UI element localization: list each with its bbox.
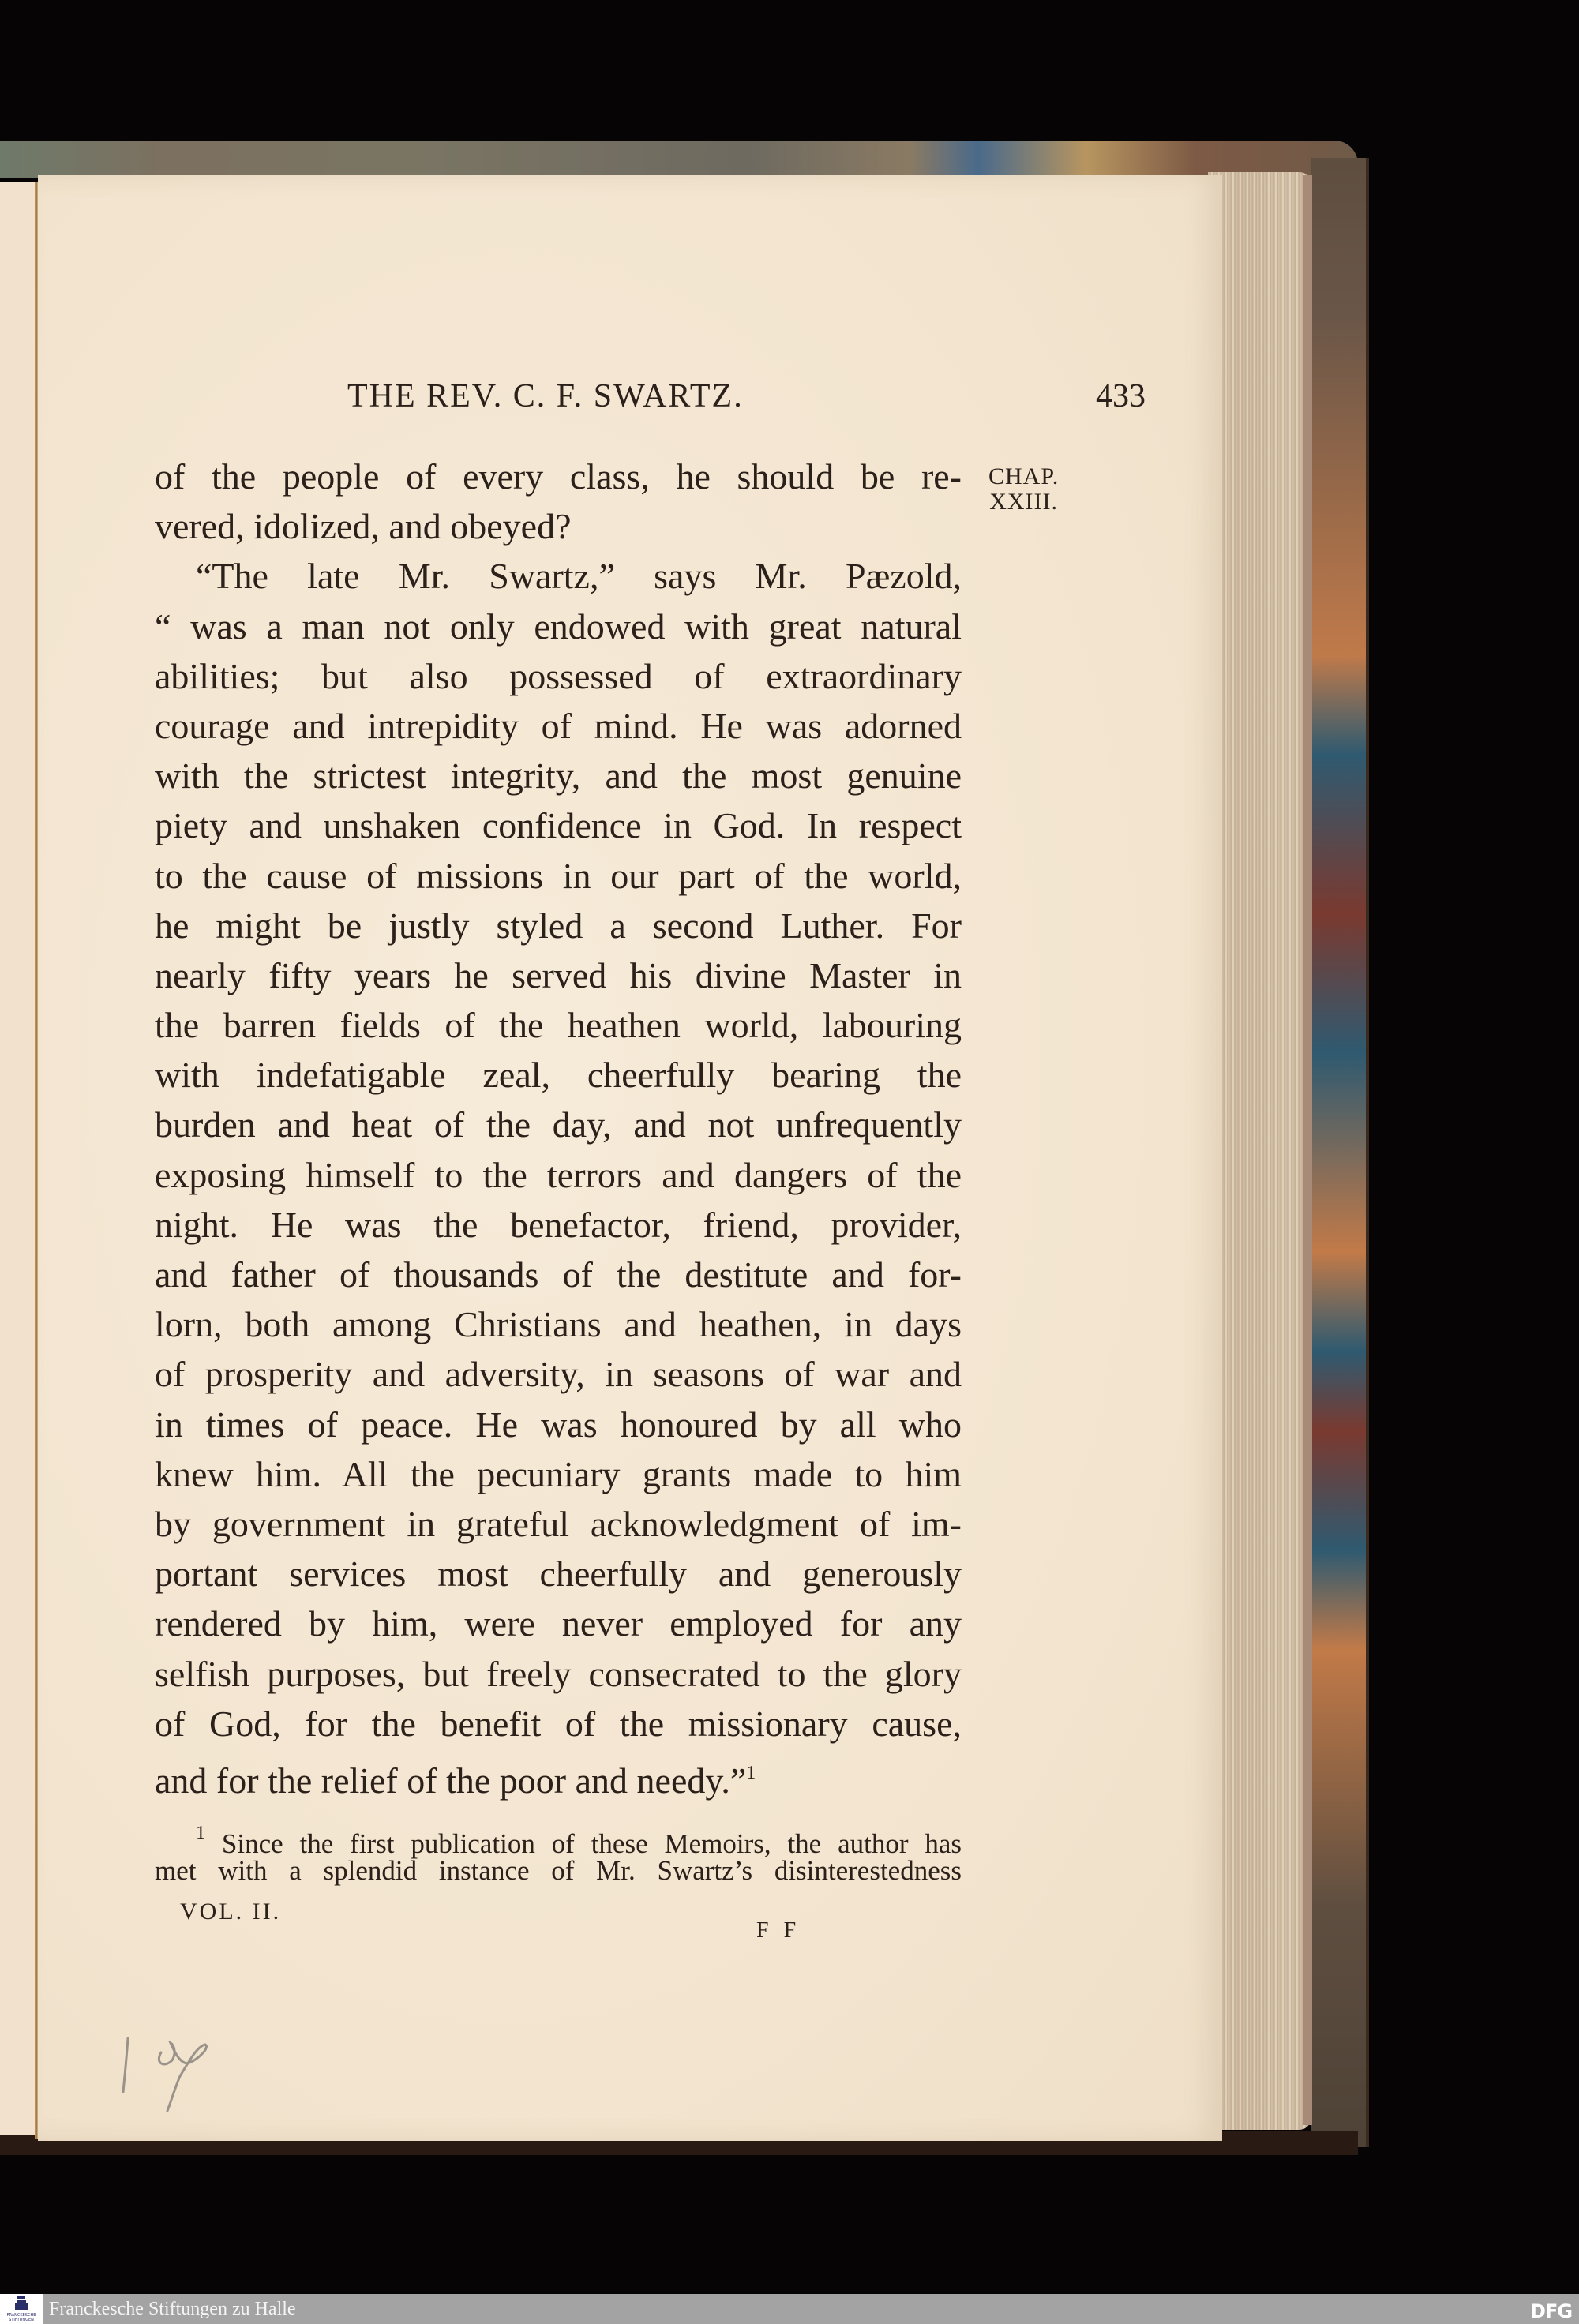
text-line: and father of thousands of the destitute…	[155, 1250, 962, 1299]
text-line: rendered by him, were never employed for…	[155, 1599, 962, 1648]
book-cover-marbled-edge	[1311, 158, 1369, 2147]
signature-mark: F F	[756, 1918, 801, 1944]
text-line: and for the relief of the poor and needy…	[155, 1760, 746, 1801]
side-note-number: XXIII.	[988, 489, 1059, 515]
dfg-logo: DFG	[1530, 2300, 1572, 2322]
text-line: “ was a man not only endowed with great …	[155, 602, 962, 651]
footnote-marker: 1	[196, 1823, 205, 1843]
footnote-line: 1 Since the first publication of these M…	[155, 1814, 962, 1852]
text-line: vered, idolized, and obeyed?	[155, 501, 962, 551]
text-line: the barren fields of the heathen world, …	[155, 1000, 962, 1050]
footnote-reference: 1	[746, 1763, 756, 1783]
institution-name: Franckesche Stiftungen zu Halle	[49, 2299, 296, 2320]
text-line: “The late Mr. Swartz,” says Mr. Pæzold,	[155, 551, 962, 601]
text-line-final: and for the relief of the poor and needy…	[155, 1749, 962, 1798]
text-line: with indefatigable zeal, cheerfully bear…	[155, 1050, 962, 1100]
text-line: knew him. All the pecuniary grants made …	[155, 1449, 962, 1499]
text-line: to the cause of missions in our part of …	[155, 851, 962, 901]
institution-logo-icon: FRANCKESCHE STIFTUNGEN	[0, 2294, 43, 2324]
text-line: nearly fifty years he served his divine …	[155, 950, 962, 1000]
svg-text:STIFTUNGEN: STIFTUNGEN	[9, 2318, 34, 2322]
text-line: courage and intrepidity of mind. He was …	[155, 701, 962, 751]
body-text: of the people of every class, he should …	[155, 452, 962, 1798]
page-block-edges	[1208, 172, 1311, 2130]
text-line: of the people of every class, he should …	[155, 452, 962, 501]
side-note-chap: CHAP.	[988, 464, 1059, 489]
endpaper-edge	[1303, 175, 1312, 2125]
footnote: 1 Since the first publication of these M…	[155, 1814, 962, 1890]
chapter-side-note: CHAP. XXIII.	[988, 464, 1059, 515]
page-number: 433	[1096, 377, 1146, 415]
footnote-line: met with a splendid instance of Mr. Swar…	[155, 1852, 962, 1890]
franckesche-stiftungen-logo: FRANCKESCHE STIFTUNGEN	[0, 2294, 43, 2324]
text-line: exposing himself to the terrors and dang…	[155, 1150, 962, 1200]
text-line: in times of peace. He was honoured by al…	[155, 1400, 962, 1449]
text-line: by government in grateful acknowledgment…	[155, 1499, 962, 1549]
gutter-fold	[35, 182, 38, 2139]
left-page-strip	[0, 182, 36, 2135]
text-line: piety and unshaken confidence in God. In…	[155, 800, 962, 850]
text-line: he might be justly styled a second Luthe…	[155, 901, 962, 950]
text-line: night. He was the benefactor, friend, pr…	[155, 1200, 962, 1250]
text-line: portant services most cheerfully and gen…	[155, 1549, 962, 1599]
handwritten-number-14	[95, 2029, 221, 2116]
text-line: lorn, both among Christians and heathen,…	[155, 1299, 962, 1349]
footer-bar: FRANCKESCHE STIFTUNGEN Franckesche Stift…	[0, 2294, 1579, 2324]
text-line: with the strictest integrity, and the mo…	[155, 751, 962, 800]
text-line: burden and heat of the day, and not unfr…	[155, 1100, 962, 1149]
text-line: abilities; but also possessed of extraor…	[155, 651, 962, 701]
text-line: of prosperity and adversity, in seasons …	[155, 1349, 962, 1399]
book-cover-top-edge	[0, 141, 1358, 178]
volume-label: VOL. II.	[180, 1899, 281, 1925]
text-line: selfish purposes, but freely consecrated…	[155, 1649, 962, 1699]
text-line: of God, for the benefit of the missionar…	[155, 1699, 962, 1749]
running-head: THE REV. C. F. SWARTZ.	[347, 377, 744, 415]
